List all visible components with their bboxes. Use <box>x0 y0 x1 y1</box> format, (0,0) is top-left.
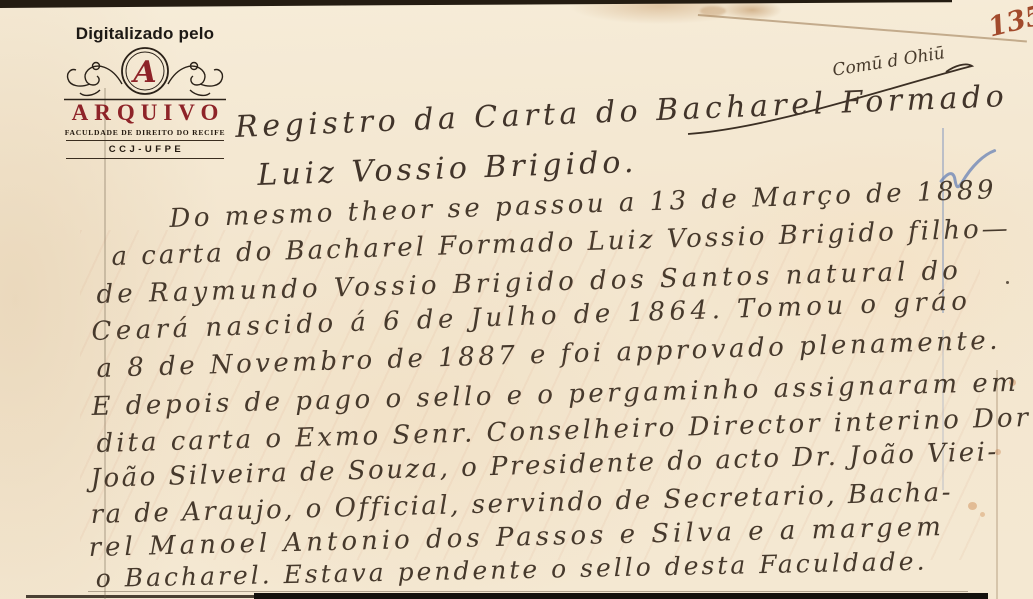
scan-edge-bottom-left <box>26 595 258 598</box>
ink-speck <box>1006 281 1009 284</box>
arquivo-logo-ornament-icon: A <box>60 44 230 102</box>
logo-letter: A <box>130 55 156 90</box>
scan-edge-top <box>0 0 952 8</box>
digitized-by-label: Digitalizado pelo <box>52 24 238 44</box>
scan-edge-bottom <box>254 593 988 599</box>
scanned-document-page: Digitalizado pelo A ARQUIVO <box>0 0 1033 599</box>
archive-watermark: Digitalizado pelo A ARQUIVO <box>52 24 238 159</box>
stain <box>700 6 726 16</box>
paper-crease-top-right <box>698 14 1027 42</box>
watermark-rule <box>66 158 224 159</box>
archive-brand-name: ARQUIVO <box>58 100 238 126</box>
watermark-rule <box>66 140 224 141</box>
page-number: 135 <box>985 0 1033 43</box>
scan-edge-bottom-hairline <box>88 591 968 592</box>
archive-org: CCJ-UFPE <box>55 144 238 155</box>
archive-subtitle: FACULDADE DE DIREITO DO RECIFE <box>52 128 238 137</box>
handwritten-title-line: Luiz Vossio Brigido. <box>257 145 638 193</box>
foxing-spot <box>980 512 985 517</box>
foxing-spot <box>968 502 977 510</box>
